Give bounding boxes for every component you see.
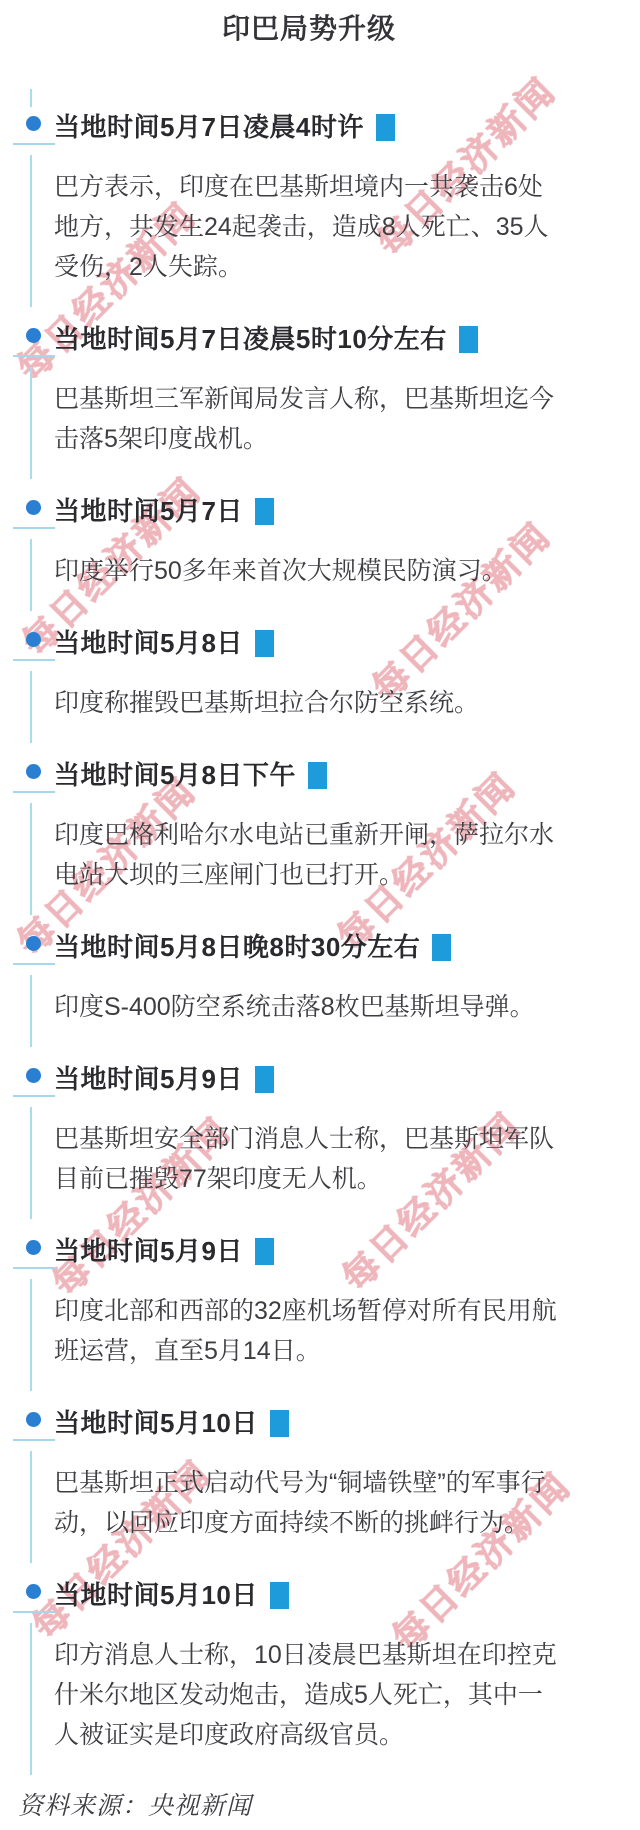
timeline-connector-line — [30, 155, 32, 307]
timeline-connector-line — [30, 1623, 32, 1775]
timeline-dot-icon — [26, 1412, 41, 1427]
timeline-entry: 当地时间5月8日晚8时30分左右 印度S-400防空系统击落8枚巴基斯坦导弹。 — [54, 933, 564, 1027]
entry-square-marker — [308, 762, 327, 789]
timeline-dot-icon — [26, 764, 41, 779]
entry-square-marker — [255, 630, 274, 657]
entry-body: 巴基斯坦三军新闻局发言人称，巴基斯坦迄今击落5架印度战机。 — [54, 379, 564, 459]
timeline-connector-line — [30, 367, 32, 479]
entry-time-text: 当地时间5月9日 — [54, 1237, 243, 1265]
timeline-entry: 当地时间5月9日 印度北部和西部的32座机场暂停对所有民用航班运营，直至5月14… — [54, 1237, 564, 1371]
entry-square-marker — [255, 1066, 274, 1093]
entry-time-text: 当地时间5月7日 — [54, 497, 243, 525]
entry-time: 当地时间5月7日凌晨5时10分左右 — [54, 325, 564, 353]
timeline-dot-underline — [13, 963, 55, 965]
timeline-connector-line — [30, 803, 32, 915]
entry-body: 印度S-400防空系统击落8枚巴基斯坦导弹。 — [54, 987, 564, 1027]
entry-time: 当地时间5月10日 — [54, 1581, 564, 1609]
entry-time: 当地时间5月8日 — [54, 629, 564, 657]
entry-square-marker — [270, 1410, 289, 1437]
timeline-dot-icon — [26, 116, 41, 131]
infographic-content: 印巴局势升级 当地时间5月7日凌晨4时许 巴方表示，印度在巴基斯坦境内一共袭击6… — [0, 0, 640, 1755]
timeline-dot-underline — [13, 1095, 55, 1097]
timeline-connector-line — [30, 975, 32, 1047]
entry-time: 当地时间5月8日晚8时30分左右 — [54, 933, 564, 961]
timeline-dot-underline — [13, 1439, 55, 1441]
timeline-entry: 当地时间5月9日 巴基斯坦安全部门消息人士称，巴基斯坦军队目前已摧毁77架印度无… — [54, 1065, 564, 1199]
entry-time: 当地时间5月9日 — [54, 1065, 564, 1093]
timeline-dot-icon — [26, 1584, 41, 1599]
timeline-entry: 当地时间5月10日 印方消息人士称，10日凌晨巴基斯坦在印控克什米尔地区发动炮击… — [54, 1581, 564, 1755]
entry-time-text: 当地时间5月10日 — [54, 1409, 258, 1437]
entry-body: 巴方表示，印度在巴基斯坦境内一共袭击6处地方，共发生24起袭击，造成8人死亡、3… — [54, 167, 564, 287]
entry-time: 当地时间5月10日 — [54, 1409, 564, 1437]
timeline-connector-line — [30, 1107, 32, 1219]
entry-time-text: 当地时间5月7日凌晨4时许 — [54, 113, 364, 141]
timeline-connector-line — [30, 1279, 32, 1391]
timeline-connector-line — [30, 671, 32, 743]
timeline-entry: 当地时间5月8日下午 印度巴格利哈尔水电站已重新开闸，萨拉尔水电站大坝的三座闸门… — [54, 761, 564, 895]
timeline-entry: 当地时间5月8日 印度称摧毁巴基斯坦拉合尔防空系统。 — [54, 629, 564, 723]
timeline-dot-icon — [26, 1240, 41, 1255]
entry-body: 印度称摧毁巴基斯坦拉合尔防空系统。 — [54, 683, 564, 723]
entry-square-marker — [255, 498, 274, 525]
entry-square-marker — [432, 934, 451, 961]
timeline-dot-icon — [26, 500, 41, 515]
timeline-entry: 当地时间5月7日凌晨4时许 巴方表示，印度在巴基斯坦境内一共袭击6处地方，共发生… — [54, 113, 564, 287]
timeline-dot-icon — [26, 632, 41, 647]
timeline-dot-underline — [13, 1611, 55, 1613]
entry-time-text: 当地时间5月8日晚8时30分左右 — [54, 933, 420, 961]
entry-time-text: 当地时间5月10日 — [54, 1581, 258, 1609]
timeline-entry: 当地时间5月7日凌晨5时10分左右 巴基斯坦三军新闻局发言人称，巴基斯坦迄今击落… — [54, 325, 564, 459]
entry-time: 当地时间5月9日 — [54, 1237, 564, 1265]
entry-body: 印度举行50多年来首次大规模民防演习。 — [54, 551, 564, 591]
entry-time: 当地时间5月7日 — [54, 497, 564, 525]
timeline-entry: 当地时间5月7日 印度举行50多年来首次大规模民防演习。 — [54, 497, 564, 591]
page-title: 印巴局势升级 — [54, 0, 564, 47]
entry-square-marker — [459, 326, 478, 353]
entry-body: 巴基斯坦正式启动代号为“铜墙铁壁”的军事行动，以回应印度方面持续不断的挑衅行为。 — [54, 1463, 564, 1543]
entry-square-marker — [255, 1238, 274, 1265]
timeline-dot-icon — [26, 328, 41, 343]
entry-square-marker — [376, 114, 395, 141]
entry-time-text: 当地时间5月8日 — [54, 629, 243, 657]
entry-square-marker — [270, 1582, 289, 1609]
entry-time-text: 当地时间5月9日 — [54, 1065, 243, 1093]
timeline-connector-line — [30, 1451, 32, 1563]
entry-time: 当地时间5月8日下午 — [54, 761, 564, 789]
timeline-dot-underline — [13, 791, 55, 793]
timeline-dot-underline — [13, 527, 55, 529]
timeline-dot-icon — [26, 936, 41, 951]
timeline-dot-underline — [13, 1267, 55, 1269]
entry-time-text: 当地时间5月8日下午 — [54, 761, 296, 789]
timeline-dot-underline — [13, 659, 55, 661]
timeline-dot-underline — [13, 355, 55, 357]
timeline-dot-underline — [13, 143, 55, 145]
timeline-lead-line — [30, 89, 32, 107]
source-attribution: 资料来源：央视新闻 — [18, 1786, 252, 1822]
timeline-entry: 当地时间5月10日 巴基斯坦正式启动代号为“铜墙铁壁”的军事行动，以回应印度方面… — [54, 1409, 564, 1543]
entry-body: 印度北部和西部的32座机场暂停对所有民用航班运营，直至5月14日。 — [54, 1291, 564, 1371]
timeline-dot-icon — [26, 1068, 41, 1083]
entry-time: 当地时间5月7日凌晨4时许 — [54, 113, 564, 141]
entry-time-text: 当地时间5月7日凌晨5时10分左右 — [54, 325, 447, 353]
entry-body: 印方消息人士称，10日凌晨巴基斯坦在印控克什米尔地区发动炮击，造成5人死亡，其中… — [54, 1635, 564, 1755]
timeline-connector-line — [30, 539, 32, 611]
entry-body: 印度巴格利哈尔水电站已重新开闸，萨拉尔水电站大坝的三座闸门也已打开。 — [54, 815, 564, 895]
entry-body: 巴基斯坦安全部门消息人士称，巴基斯坦军队目前已摧毁77架印度无人机。 — [54, 1119, 564, 1199]
